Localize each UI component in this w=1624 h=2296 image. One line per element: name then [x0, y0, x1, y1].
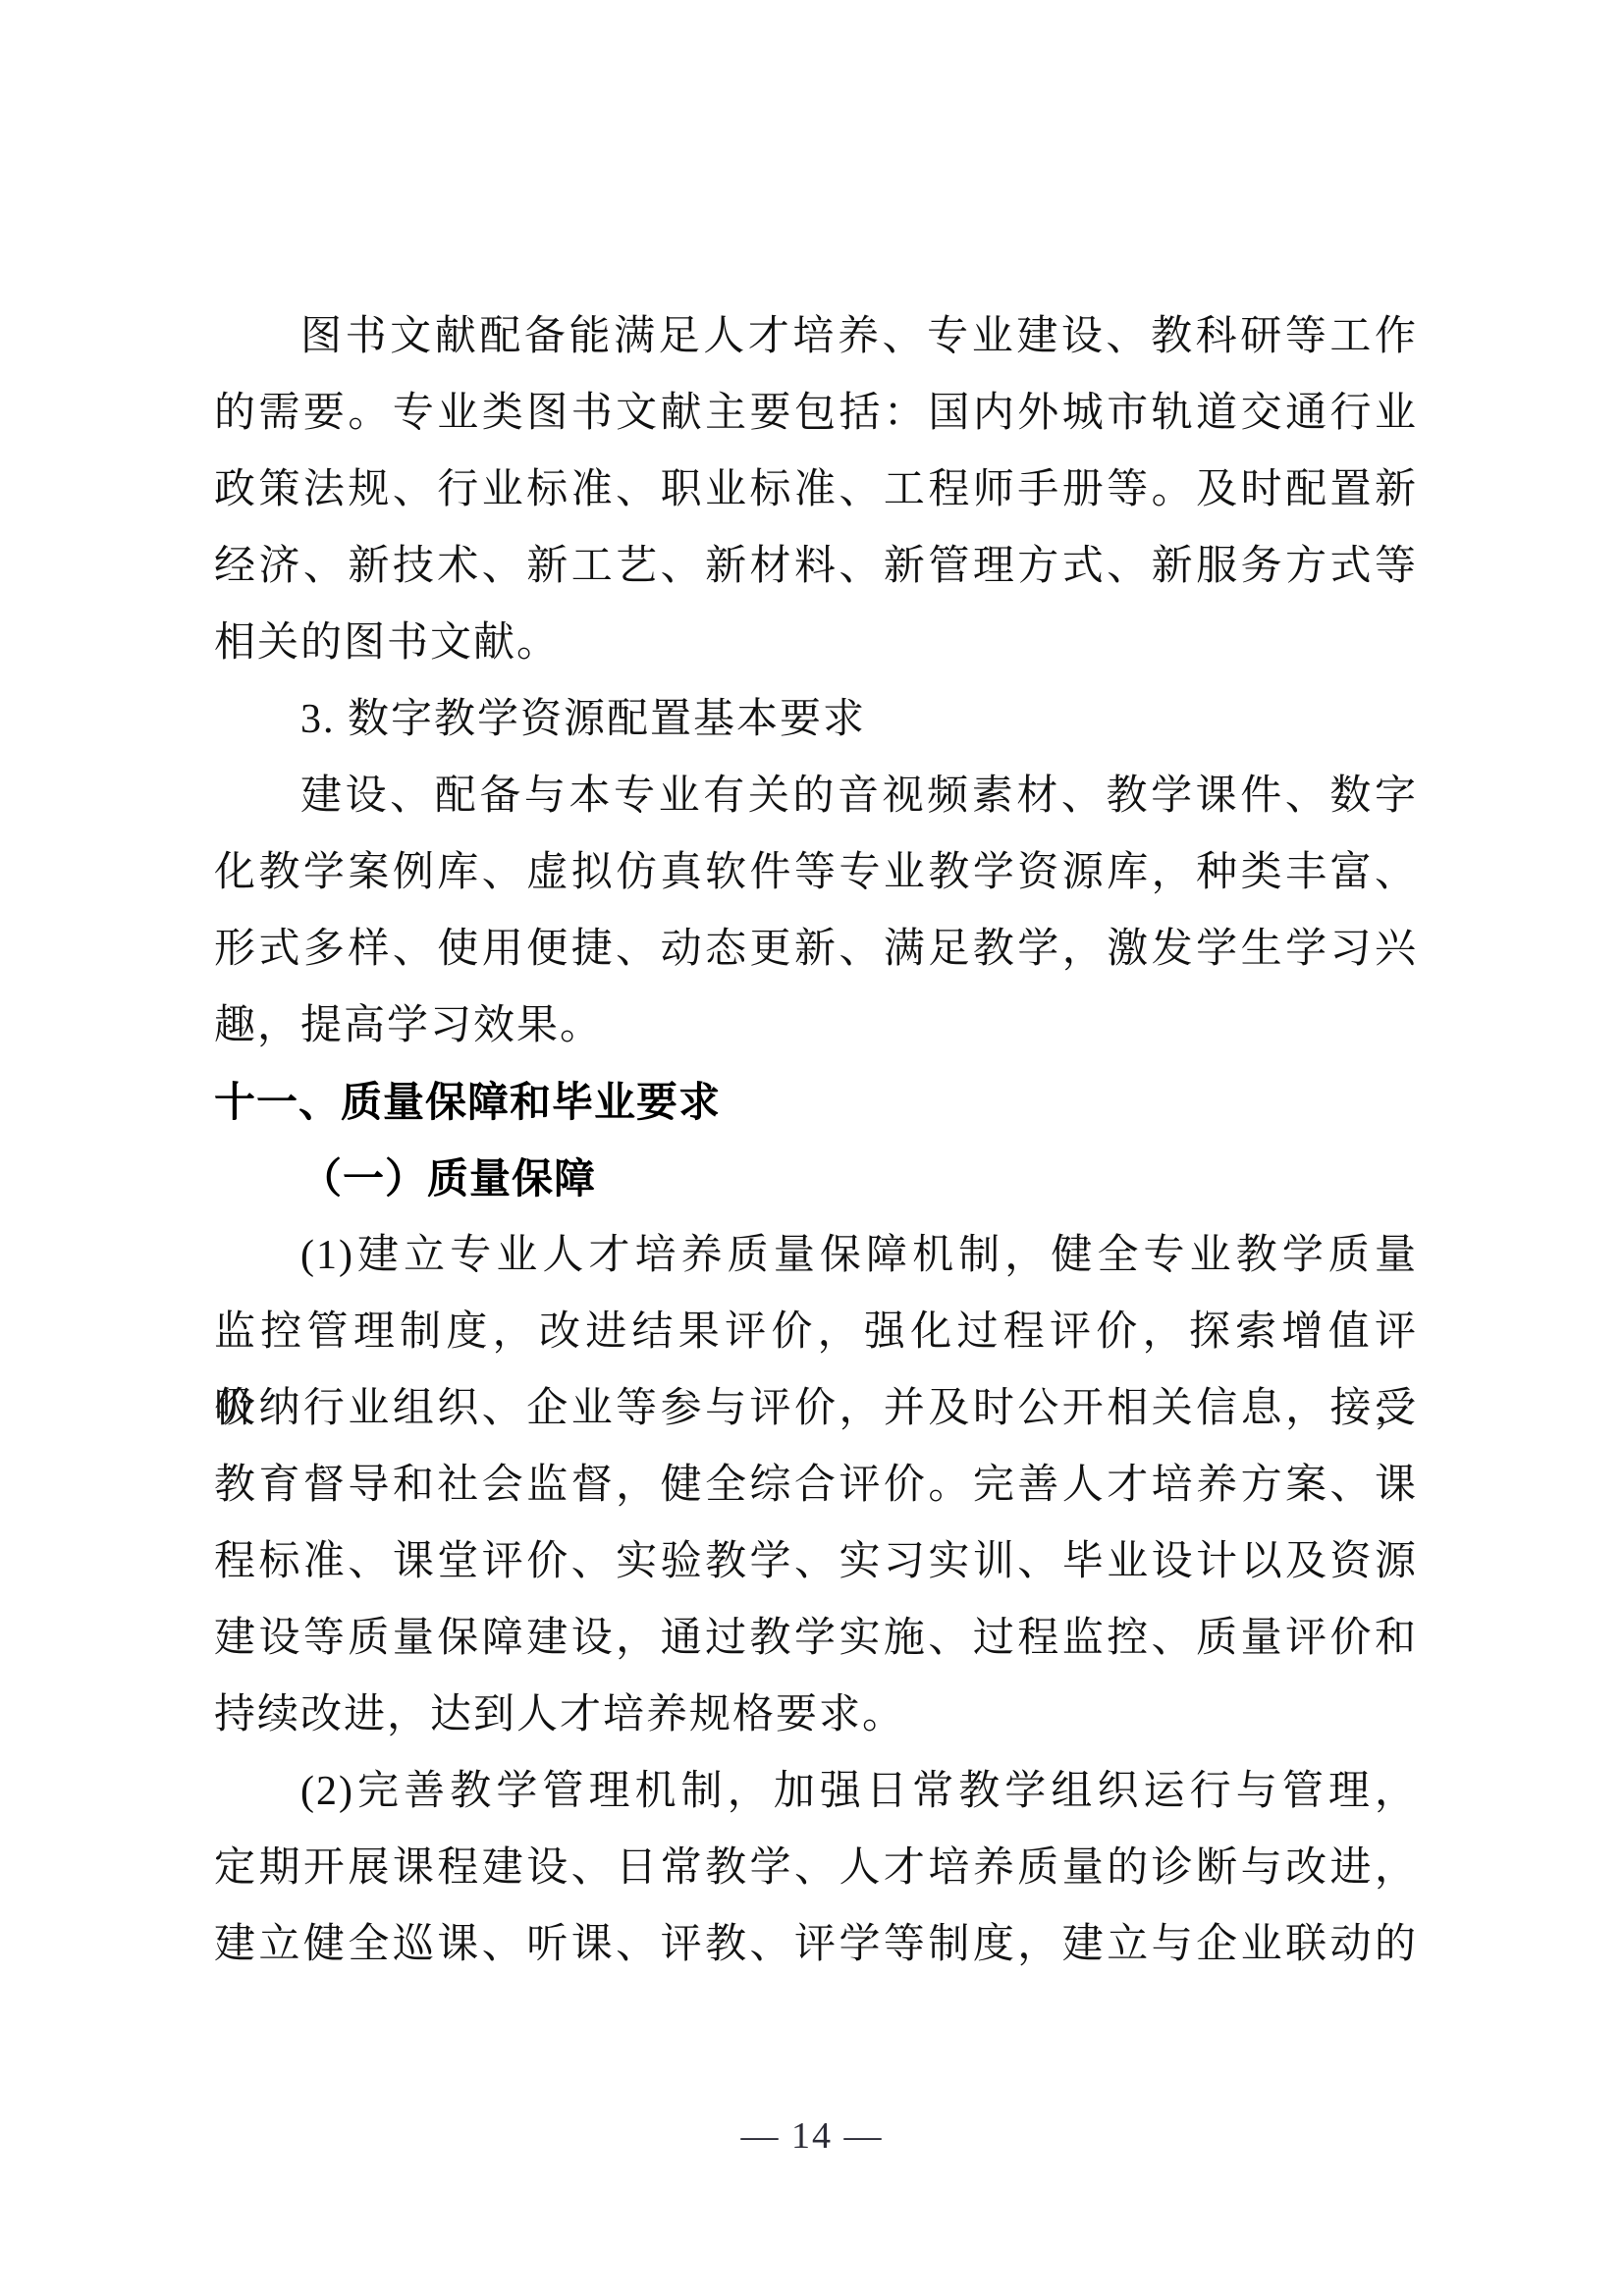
text-line: (2)完善教学管理机制，加强日常教学组织运行与管理，: [214, 1753, 1418, 1830]
text-line: 建设等质量保障建设，通过教学实施、过程监控、质量评价和: [214, 1600, 1418, 1677]
text-line: 程标准、课堂评价、实验教学、实习实训、毕业设计以及资源: [214, 1523, 1418, 1600]
text-line: 相关的图书文献。: [214, 605, 1418, 681]
heading-line: 十一、质量保障和毕业要求: [214, 1064, 1418, 1141]
document-body: 图书文献配备能满足人才培养、专业建设、教科研等工作的需要。专业类图书文献主要包括…: [214, 298, 1418, 1983]
page-number: — 14 —: [741, 2115, 884, 2157]
text-line: 趣，提高学习效果。: [214, 988, 1418, 1064]
heading-line: （一）质量保障: [214, 1141, 1418, 1217]
text-line: 教育督导和社会监督，健全综合评价。完善人才培养方案、课: [214, 1447, 1418, 1523]
text-line: 持续改进，达到人才培养规格要求。: [214, 1677, 1418, 1753]
text-line: 形式多样、使用便捷、动态更新、满足教学，激发学生学习兴: [214, 911, 1418, 988]
text-line: 监控管理制度，改进结果评价，强化过程评价，探索增值评价，: [214, 1294, 1418, 1370]
text-line: 定期开展课程建设、日常教学、人才培养质量的诊断与改进，: [214, 1830, 1418, 1906]
text-line: (1)建立专业人才培养质量保障机制，健全专业教学质量: [214, 1217, 1418, 1294]
page-footer: — 14 —: [0, 2107, 1624, 2165]
text-line: 建设、配备与本专业有关的音视频素材、教学课件、数字: [214, 758, 1418, 834]
text-line: 图书文献配备能满足人才培养、专业建设、教科研等工作: [214, 298, 1418, 375]
text-line: 化教学案例库、虚拟仿真软件等专业教学资源库，种类丰富、: [214, 834, 1418, 911]
text-line: 经济、新技术、新工艺、新材料、新管理方式、新服务方式等: [214, 528, 1418, 605]
text-line: 政策法规、行业标准、职业标准、工程师手册等。及时配置新: [214, 452, 1418, 528]
text-line: 的需要。专业类图书文献主要包括：国内外城市轨道交通行业: [214, 375, 1418, 452]
text-line: 吸纳行业组织、企业等参与评价，并及时公开相关信息，接受: [214, 1370, 1418, 1447]
text-line: 建立健全巡课、听课、评教、评学等制度，建立与企业联动的: [214, 1906, 1418, 1983]
text-line: 3. 数字教学资源配置基本要求: [214, 681, 1418, 758]
